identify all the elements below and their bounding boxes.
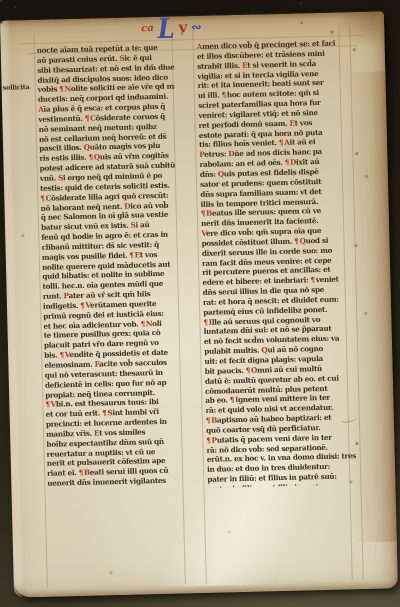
text-column-right: Amen dico vob̄ q̄ precinget se: et facie…	[197, 38, 361, 488]
photo-background: caLv∾ sollicita nocte aīam tuā repetūt a…	[0, 0, 400, 607]
manuscript-leaf: caLv∾ sollicita nocte aīam tuā repetūt a…	[0, 11, 398, 597]
text-line: uenerit dn̄s inuenerit vigilantes	[47, 476, 184, 489]
parchment-stain	[0, 21, 3, 24]
parchment-lit-edge	[0, 21, 24, 598]
running-header-letter: ca	[141, 24, 154, 34]
running-header-letter: v	[179, 20, 188, 35]
running-header-letter: ∾	[191, 21, 200, 33]
text-column-left: nocte aīam tuā repetūt a te: queaū paras…	[37, 43, 185, 492]
running-header-letter: L	[157, 15, 175, 43]
background-dust-specks	[0, 0, 2, 2]
